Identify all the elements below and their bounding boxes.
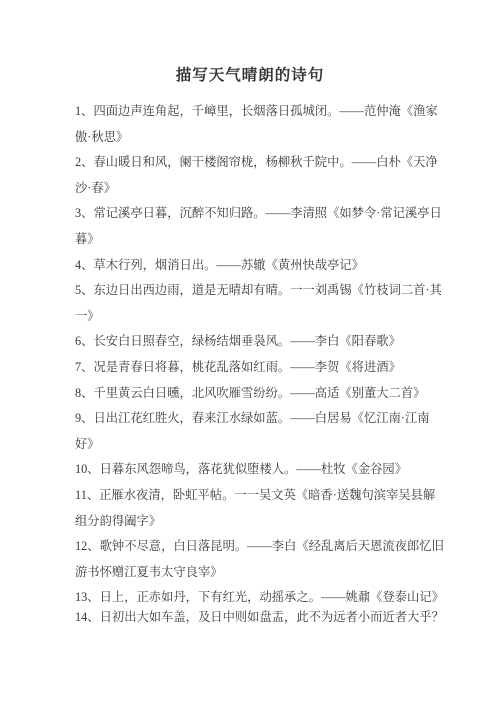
- poem-item-5: 5、东边日出西边雨，道是无晴却有晴。一一刘禹锡《竹枝词二首·其: [75, 278, 445, 304]
- poem-item-8: 8、千里黄云白日曛，北风吹雁雪纷纷。——高适《别董大二首》: [75, 381, 445, 407]
- poem-item-10: 10、日暮东风怨啼鸟，落花犹似堕楼人。——杜牧《金谷园》: [75, 457, 445, 483]
- poem-item-3: 3、常记溪亭日暮，沉醉不知归路。——李清照《如梦令·常记溪亭日: [75, 201, 445, 227]
- poem-item-1-continuation: 傲·秋思》: [75, 125, 445, 151]
- poem-item-12: 12、歌钟不尽意，白日落昆明。——李白《经乱离后天恩流夜郎忆旧: [75, 534, 445, 560]
- poem-item-3-continuation: 暮》: [75, 227, 445, 253]
- poem-item-4: 4、草木行列，烟消日出。——苏辙《黄州快哉亭记》: [75, 253, 445, 279]
- document-page: 描写天气晴朗的诗句 1、四面边声连角起，千嶂里，长烟落日孤城闭。——范仲淹《渔家…: [0, 0, 500, 707]
- poem-item-12-continuation: 游书怀赠江夏韦太守良宰》: [75, 560, 445, 586]
- poem-item-6: 6、长安白日照春空，绿杨结烟垂袅风。——李白《阳春歌》: [75, 329, 445, 355]
- poem-item-7: 7、况是青春日将暮，桃花乱落如红雨。——李贺《将进酒》: [75, 355, 445, 381]
- page-title: 描写天气晴朗的诗句: [0, 63, 500, 85]
- poem-item-2-continuation: 沙·春》: [75, 176, 445, 202]
- poem-item-11: 11、正雁水夜清，卧虹平帖。一一吴文英《暗香·送魏句滨宰吴县解: [75, 483, 445, 509]
- poem-item-2: 2、春山暖日和风，阑干楼阁帘栊，杨柳秋千院中。——白朴《天净: [75, 150, 445, 176]
- poem-item-9-continuation: 好》: [75, 432, 445, 458]
- poem-list: 1、四面边声连角起，千嶂里，长烟落日孤城闭。——范仲淹《渔家傲·秋思》2、春山暖…: [75, 99, 445, 630]
- poem-item-1: 1、四面边声连角起，千嶂里，长烟落日孤城闭。——范仲淹《渔家: [75, 99, 445, 125]
- poem-item-9: 9、日出江花红胜火，春来江水绿如蓝。——白居易《忆江南·江南: [75, 406, 445, 432]
- poem-item-14: 14、日初出大如车盖，及日中则如盘盂，此不为远者小而近者大乎？: [75, 605, 445, 631]
- poem-item-5-continuation: 一》: [75, 304, 445, 330]
- poem-item-11-continuation: 组分韵得阖字》: [75, 509, 445, 535]
